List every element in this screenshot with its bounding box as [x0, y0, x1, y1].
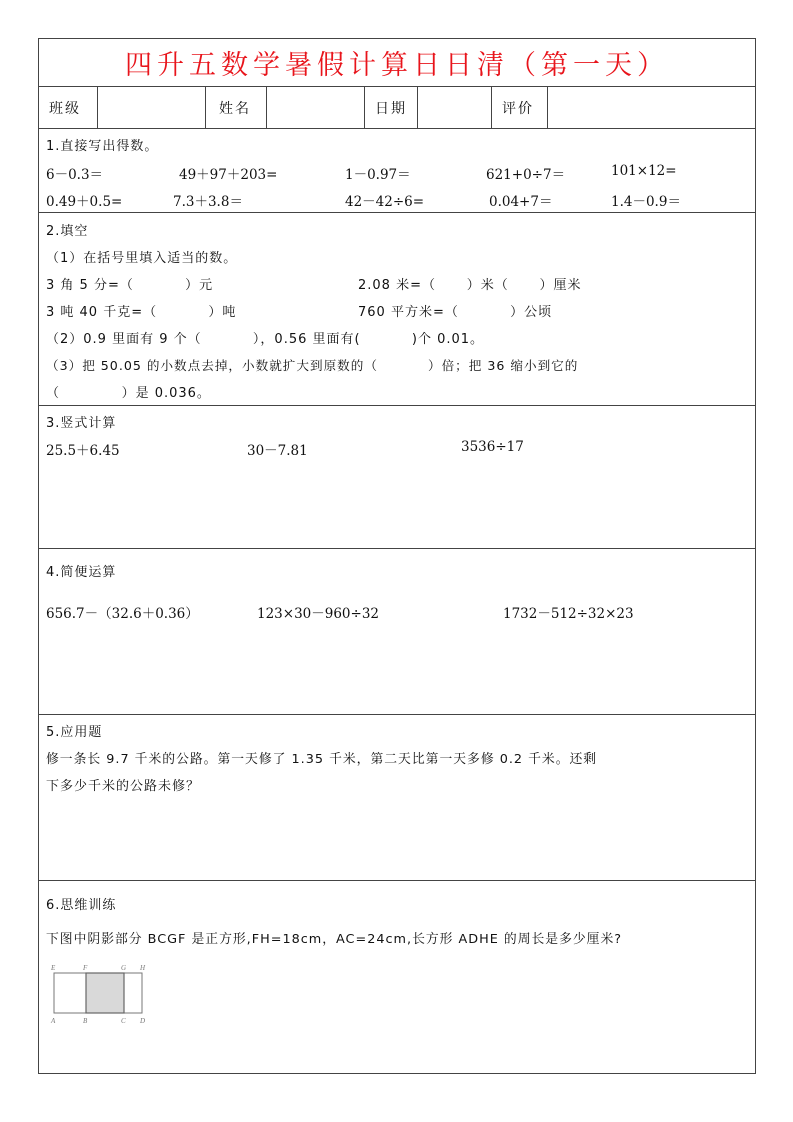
- section-heading: 6.思维训练: [46, 894, 116, 913]
- question-text: 2.08 米=（ ）米（ ）厘米: [358, 274, 582, 293]
- date-label: 日期: [365, 98, 407, 118]
- class-label-cell: 班级: [39, 87, 98, 128]
- svg-text:D: D: [139, 1017, 145, 1025]
- problem: 3536÷17: [461, 439, 524, 455]
- problem: 621+0÷7＝: [486, 163, 565, 183]
- svg-text:F: F: [82, 964, 88, 972]
- problem: 1.4－0.9＝: [611, 190, 681, 210]
- section-heading: 4.简便运算: [46, 561, 116, 580]
- problem: 30－7.81: [247, 439, 308, 459]
- section-fill-blanks: 2.填空 （1）在括号里填入适当的数。 3 角 5 分=（ ）元 2.08 米=…: [39, 213, 755, 406]
- problem: 101×12=: [611, 163, 677, 179]
- name-field[interactable]: [267, 87, 365, 128]
- grade-field[interactable]: [548, 87, 757, 128]
- info-row: 班级 姓名 日期 评价: [39, 87, 755, 129]
- class-label: 班级: [39, 98, 81, 118]
- svg-text:E: E: [50, 964, 56, 972]
- problem: 0.49＋0.5=: [46, 190, 122, 210]
- svg-text:A: A: [50, 1017, 56, 1025]
- question-text: 3 角 5 分=（ ）元: [46, 274, 213, 293]
- section-word-problem: 5.应用题 修一条长 9.7 千米的公路。第一天修了 1.35 千米，第二天比第…: [39, 715, 755, 881]
- svg-text:B: B: [83, 1017, 88, 1025]
- section-heading: 5.应用题: [46, 721, 102, 740]
- section-thinking-training: 6.思维训练 下图中阴影部分 BCGF 是正方形,FH=18cm，AC=24cm…: [39, 881, 755, 1075]
- grade-label: 评价: [492, 98, 534, 118]
- svg-text:G: G: [121, 964, 126, 972]
- question-text: （3）把 50.05 的小数点去掉，小数就扩大到原数的（ ）倍；把 36 缩小到…: [46, 355, 578, 374]
- name-label: 姓名: [206, 98, 251, 118]
- name-label-cell: 姓名: [206, 87, 267, 128]
- problem: 7.3＋3.8＝: [173, 190, 243, 210]
- date-label-cell: 日期: [365, 87, 418, 128]
- svg-text:H: H: [139, 964, 146, 972]
- class-field[interactable]: [98, 87, 206, 128]
- date-field[interactable]: [418, 87, 492, 128]
- problem-text: 修一条长 9.7 千米的公路。第一天修了 1.35 千米，第二天比第一天多修 0…: [46, 748, 597, 767]
- problem: 656.7－（32.6＋0.36）: [46, 602, 199, 622]
- problem: 49＋97＋203=: [179, 163, 277, 183]
- worksheet: 四升五数学暑假计算日日清（第一天） 班级 姓名 日期 评价 1.直接写出得数。 …: [38, 38, 756, 1074]
- question-text: 760 平方米=（ ）公顷: [358, 301, 552, 320]
- question-text: （1）在括号里填入适当的数。: [46, 247, 237, 266]
- problem-text: 下图中阴影部分 BCGF 是正方形,FH=18cm，AC=24cm,长方形 AD…: [46, 928, 622, 947]
- section-direct-answers: 1.直接写出得数。 6－0.3＝ 49＋97＋203= 1－0.97＝ 621+…: [39, 129, 755, 213]
- section-heading: 3.竖式计算: [46, 412, 116, 431]
- svg-text:C: C: [121, 1017, 126, 1025]
- page-title: 四升五数学暑假计算日日清（第一天）: [125, 43, 669, 82]
- rectangle-figure: E F G H A B C D: [47, 961, 157, 1031]
- problem: 25.5＋6.45: [46, 439, 120, 459]
- section-simplified-calc: 4.简便运算 656.7－（32.6＋0.36） 123×30－960÷32 1…: [39, 549, 755, 715]
- question-text: （2）0.9 里面有 9 个（ ），0.56 里面有( )个 0.01。: [46, 328, 484, 347]
- section-heading: 1.直接写出得数。: [46, 135, 158, 154]
- problem-text: 下多少千米的公路未修？: [46, 775, 200, 794]
- title-row: 四升五数学暑假计算日日清（第一天）: [39, 39, 755, 87]
- problem: 1732－512÷32×23: [503, 602, 634, 622]
- problem: 1－0.97＝: [345, 163, 411, 183]
- section-heading: 2.填空: [46, 220, 88, 239]
- problem: 6－0.3＝: [46, 163, 103, 183]
- section-vertical-calc: 3.竖式计算 25.5＋6.45 30－7.81 3536÷17: [39, 406, 755, 549]
- question-text: 3 吨 40 千克=（ ）吨: [46, 301, 236, 320]
- problem: 123×30－960÷32: [257, 602, 379, 622]
- problem: 42－42÷6=: [345, 190, 424, 210]
- question-text: （ ）是 0.036。: [46, 382, 211, 401]
- problem: 0.04+7＝: [489, 190, 552, 210]
- grade-label-cell: 评价: [492, 87, 548, 128]
